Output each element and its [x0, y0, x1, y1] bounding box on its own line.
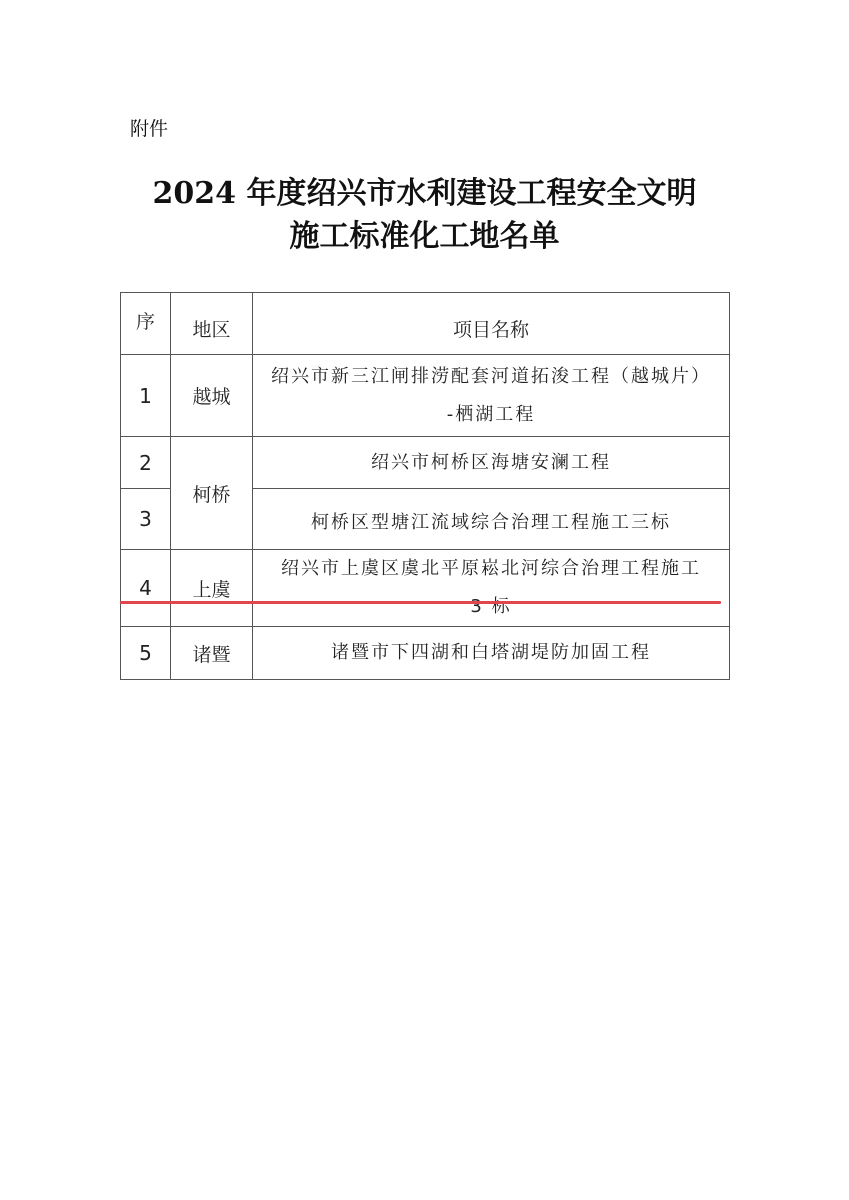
row-project-name: 绍兴市新三江闸排涝配套河道拓浚工程（越城片） -栖湖工程 — [253, 355, 730, 437]
row-seq: 2 — [121, 437, 171, 489]
row-region: 越城 — [171, 355, 253, 437]
table-row: 4 上虞 绍兴市上虞区虞北平原崧北河综合治理工程施工 3 标 — [121, 550, 730, 627]
attachment-label: 附件 — [130, 114, 168, 141]
row-seq: 1 — [121, 355, 171, 437]
row-region: 上虞 — [171, 550, 253, 627]
document-page: 附件 2024 年度绍兴市水利建设工程安全文明 施工标准化工地名单 序 地区 项… — [0, 0, 849, 1200]
project-name-line-2: 3 标 — [253, 588, 729, 626]
table-row: 1 越城 绍兴市新三江闸排涝配套河道拓浚工程（越城片） -栖湖工程 — [121, 355, 730, 437]
project-name-line-1: 绍兴市新三江闸排涝配套河道拓浚工程（越城片） — [253, 358, 729, 396]
row-project-name: 诸暨市下四湖和白塔湖堤防加固工程 — [253, 627, 730, 680]
header-region: 地区 — [171, 293, 253, 355]
table-header-row: 序 地区 项目名称 — [121, 293, 730, 355]
row-project-name: 柯桥区型塘江流域综合治理工程施工三标 — [253, 489, 730, 550]
row-seq: 5 — [121, 627, 171, 680]
project-name-line-1: 绍兴市上虞区虞北平原崧北河综合治理工程施工 — [253, 550, 729, 588]
row-project-name: 绍兴市柯桥区海塘安澜工程 — [253, 437, 730, 489]
header-seq: 序 — [121, 293, 171, 355]
table-row: 5 诸暨 诸暨市下四湖和白塔湖堤防加固工程 — [121, 627, 730, 680]
row-seq: 4 — [121, 550, 171, 627]
row-project-name: 绍兴市上虞区虞北平原崧北河综合治理工程施工 3 标 — [253, 550, 730, 627]
header-project-name: 项目名称 — [253, 293, 730, 355]
project-name-line-2: -栖湖工程 — [253, 396, 729, 434]
row-region-merged: 柯桥 — [171, 437, 253, 550]
table-row: 2 柯桥 绍兴市柯桥区海塘安澜工程 — [121, 437, 730, 489]
red-underline-annotation — [120, 601, 721, 604]
row-region: 诸暨 — [171, 627, 253, 680]
construction-site-list-table: 序 地区 项目名称 1 越城 绍兴市新三江闸排涝配套河道拓浚工程（越城片） -栖… — [120, 292, 730, 680]
document-title-line-2: 施工标准化工地名单 — [0, 215, 849, 259]
row-seq: 3 — [121, 489, 171, 550]
document-title-line-1: 2024 年度绍兴市水利建设工程安全文明 — [0, 172, 849, 216]
